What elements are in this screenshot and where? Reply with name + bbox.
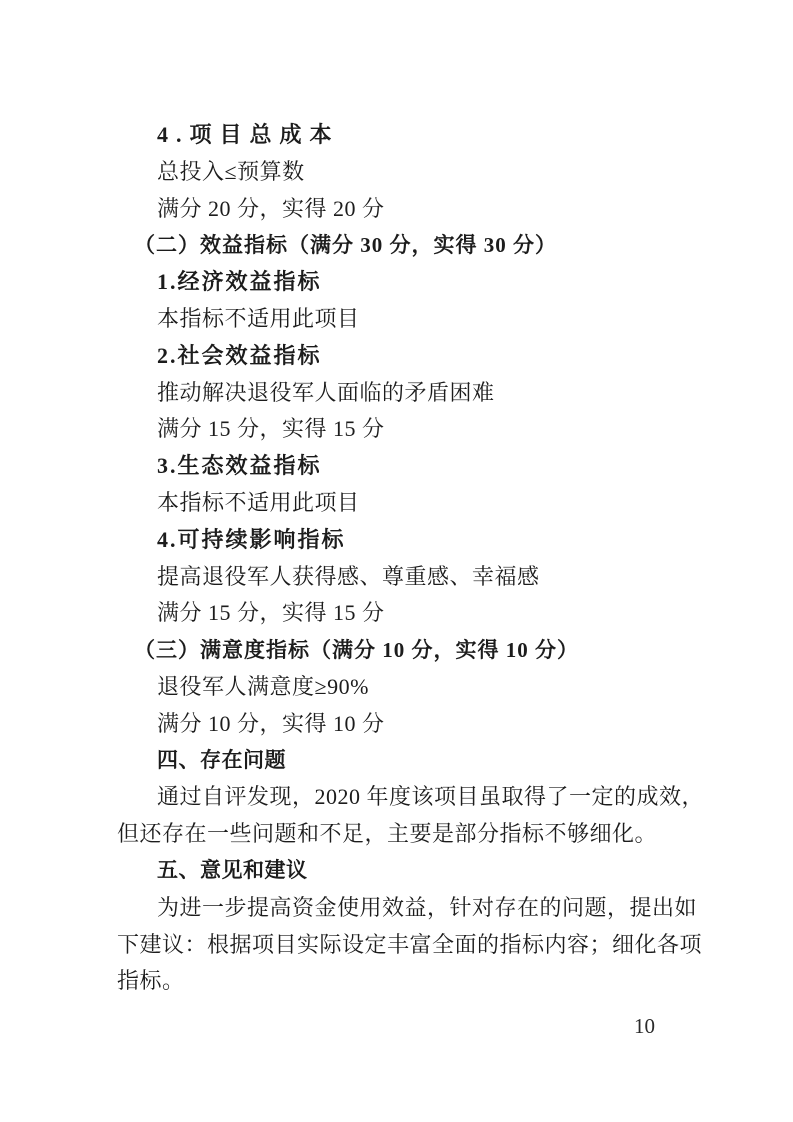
- line-cost-score: 满分 20 分，实得 20 分: [0, 191, 793, 228]
- heading-satisfaction-indicators: （三）满意度指标（满分 10 分，实得 10 分）: [0, 632, 793, 669]
- heading-sustainable-impact: 4.可持续影响指标: [0, 522, 793, 559]
- line-ecological-not-applicable: 本指标不适用此项目: [0, 485, 793, 522]
- para-suggestions-line2: 下建议：根据项目实际设定丰富全面的指标内容；细化各项: [0, 927, 793, 964]
- line-sustainable-impact-desc: 提高退役军人获得感、尊重感、幸福感: [0, 559, 793, 596]
- line-social-benefit-desc: 推动解决退役军人面临的矛盾困难: [0, 375, 793, 412]
- line-total-investment: 总投入≤预算数: [0, 154, 793, 191]
- line-satisfaction-desc: 退役军人满意度≥90%: [0, 669, 793, 706]
- heading-section-problems: 四、存在问题: [0, 743, 793, 780]
- heading-economic-benefit: 1.经济效益指标: [0, 264, 793, 301]
- heading-ecological-benefit: 3.生态效益指标: [0, 448, 793, 485]
- heading-section-suggestions: 五、意见和建议: [0, 853, 793, 890]
- document-text-block: 4.项目总成本 总投入≤预算数 满分 20 分，实得 20 分 （二）效益指标（…: [0, 117, 793, 1000]
- heading-social-benefit: 2.社会效益指标: [0, 338, 793, 375]
- heading-benefit-indicators: （二）效益指标（满分 30 分，实得 30 分）: [0, 227, 793, 264]
- heading-project-total-cost: 4.项目总成本: [0, 117, 793, 154]
- para-problems-line2: 但还存在一些问题和不足，主要是部分指标不够细化。: [0, 816, 793, 853]
- para-suggestions-line1: 为进一步提高资金使用效益，针对存在的问题，提出如: [0, 890, 793, 927]
- para-suggestions-line3: 指标。: [0, 963, 793, 1000]
- line-social-benefit-score: 满分 15 分，实得 15 分: [0, 411, 793, 448]
- page-number: 10: [634, 1012, 655, 1040]
- line-satisfaction-score: 满分 10 分，实得 10 分: [0, 706, 793, 743]
- line-economic-not-applicable: 本指标不适用此项目: [0, 301, 793, 338]
- para-problems-line1: 通过自评发现，2020 年度该项目虽取得了一定的成效，: [0, 779, 793, 816]
- line-sustainable-impact-score: 满分 15 分，实得 15 分: [0, 595, 793, 632]
- document-page: 4.项目总成本 总投入≤预算数 满分 20 分，实得 20 分 （二）效益指标（…: [0, 0, 793, 1122]
